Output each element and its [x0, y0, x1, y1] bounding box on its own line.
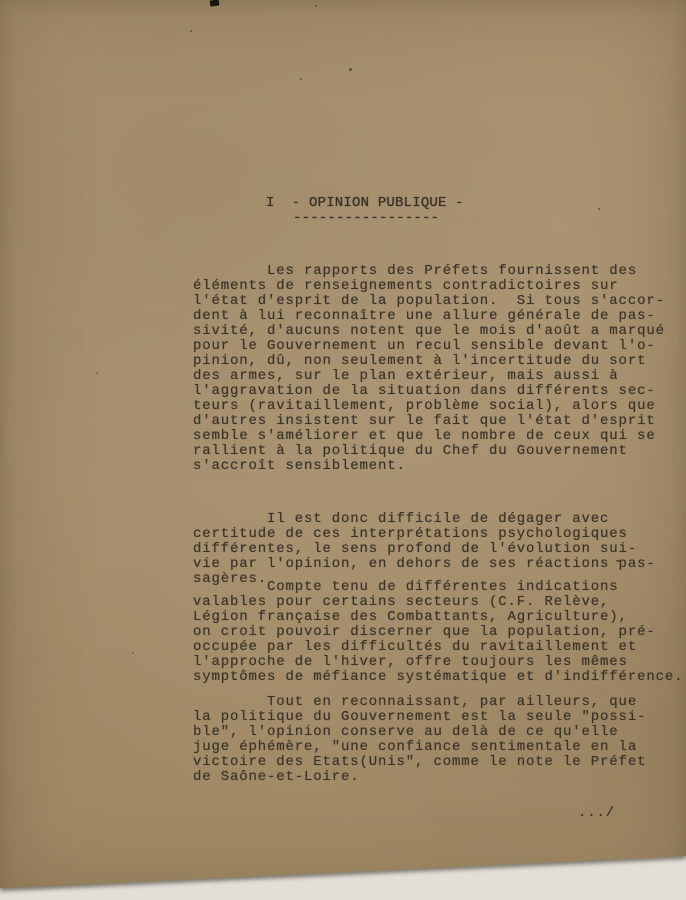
- title-underline: -----------------: [293, 211, 439, 226]
- paper-speck: [598, 208, 600, 210]
- paragraph: Tout en reconnaissant, par ailleurs, que…: [193, 695, 646, 785]
- page-title: I - OPINION PUBLIQUE -: [266, 196, 464, 211]
- paper-speck: [190, 30, 192, 32]
- paragraph: Compte tenu de différentes indications v…: [193, 580, 683, 685]
- paragraph: Les rapports des Préfets fournissent des…: [193, 264, 665, 474]
- paper-speck: [315, 5, 317, 7]
- paragraph: Il est donc difficile de dégager avec ce…: [193, 512, 656, 587]
- scanned-document-page: I - OPINION PUBLIQUE - -----------------…: [0, 0, 686, 900]
- continuation-mark: .../: [578, 806, 615, 821]
- paper-speck: [349, 68, 352, 71]
- paper-sheet-wrapper: I - OPINION PUBLIQUE - -----------------…: [0, 0, 686, 900]
- paper-speck: [96, 372, 98, 374]
- paper-sheet: I - OPINION PUBLIQUE - -----------------…: [0, 0, 686, 900]
- ink-smudge: [210, 0, 220, 7]
- paper-speck: [300, 78, 302, 80]
- paper-speck: [132, 652, 134, 654]
